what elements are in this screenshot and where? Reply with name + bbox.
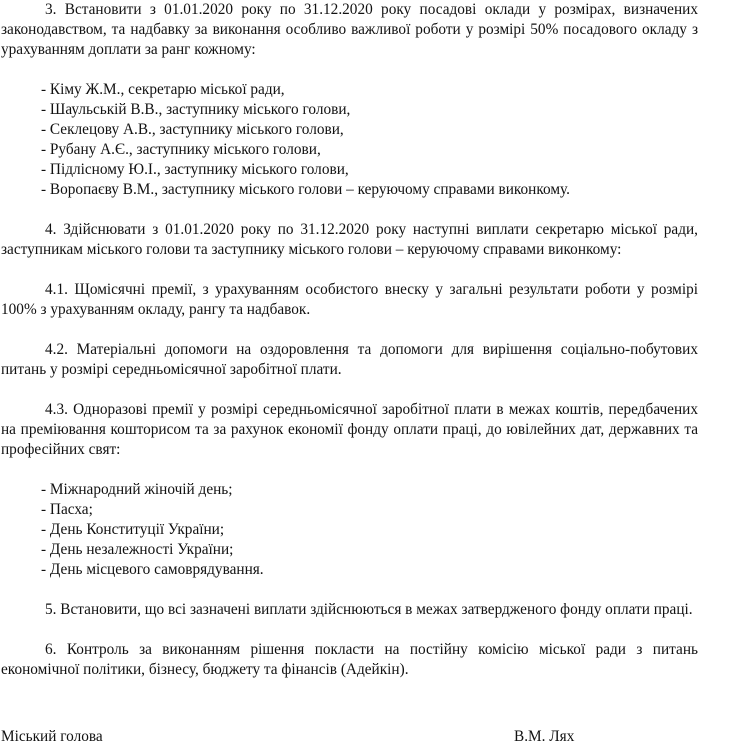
spacer — [1, 380, 698, 400]
paragraph-item-4-2: 4.2. Матеріальні допомоги на оздоровленн… — [1, 340, 698, 380]
holidays-list: - Міжнародний жіночій день; - Пасха; - Д… — [1, 480, 698, 580]
list-item: - Шаульській В.В., заступнику міського г… — [41, 100, 698, 120]
list-item: - День незалежності України; — [41, 540, 698, 560]
paragraph-item-5: 5. Встановити, що всі зазначені виплати … — [1, 600, 698, 620]
paragraph-item-4: 4. Здійснювати з 01.01.2020 року по 31.1… — [1, 220, 698, 260]
list-item: - Секлецову А.В., заступнику міського го… — [41, 120, 698, 140]
document-body: 3. Встановити з 01.01.2020 року по 31.12… — [1, 0, 698, 680]
officials-list: - Кіму Ж.М., секретарю міської ради, - Ш… — [1, 80, 698, 200]
spacer — [1, 580, 698, 600]
paragraph-item-4-3: 4.3. Одноразові премії у розмірі середнь… — [1, 400, 698, 460]
spacer — [1, 260, 698, 280]
signature-name: В.М. Лях — [514, 727, 574, 747]
spacer — [1, 60, 698, 80]
paragraph-item-4-1: 4.1. Щомісячні премії, з урахуванням осо… — [1, 280, 698, 320]
spacer — [1, 460, 698, 480]
spacer — [1, 620, 698, 640]
list-item: - Воропаєву В.М., заступнику міського го… — [41, 180, 698, 200]
list-item: - Рубану А.Є., заступнику міського голов… — [41, 140, 698, 160]
list-item: - Міжнародний жіночій день; — [41, 480, 698, 500]
list-item: - День місцевого самоврядування. — [41, 560, 698, 580]
paragraph-item-3: 3. Встановити з 01.01.2020 року по 31.12… — [1, 0, 698, 60]
list-item: - Кіму Ж.М., секретарю міської ради, — [41, 80, 698, 100]
list-item: - Пасха; — [41, 500, 698, 520]
paragraph-item-6: 6. Контроль за виконанням рішення поклас… — [1, 640, 698, 680]
list-item: - Підлісному Ю.І., заступнику міського г… — [41, 160, 698, 180]
spacer — [1, 200, 698, 220]
list-item: - День Конституції України; — [41, 520, 698, 540]
spacer — [1, 320, 698, 340]
signature-title: Міський голова — [1, 727, 103, 747]
